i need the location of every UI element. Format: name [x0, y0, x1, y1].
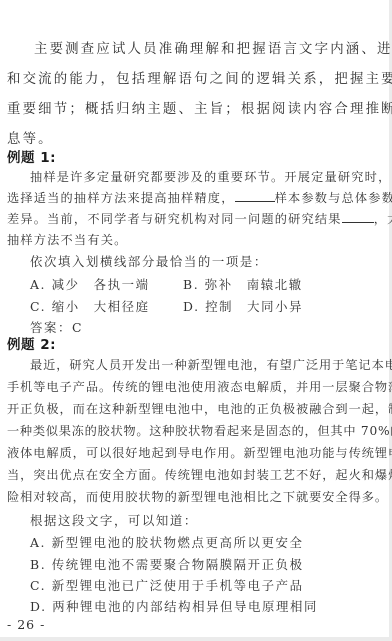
example2-passage-line: 最近，研究人员开发出一种新型锂电池，有望广泛用于笔记本电脑、 — [30, 356, 392, 373]
example1-heading: 例题 1: — [7, 146, 56, 166]
example1-option-a: A. 减少 各执一端 — [30, 275, 150, 293]
example1-question: 依次填入划横线部分最恰当的一项是： — [30, 252, 268, 270]
example2-passage-line: 液体电解质，可以很好地起到导电作用。新型锂电池功能与传统锂电池相 — [7, 444, 387, 461]
example1-passage-line: 选择适当的抽样方法来提高抽样精度，样本参数与总体参数之间的 — [7, 189, 387, 206]
example1-passage-line: 抽样是许多定量研究都要涉及的重要环节。开展定量研究时，要力求 — [30, 168, 392, 185]
option-text: 减少 各执一端 — [52, 277, 150, 292]
example2-option-b: B. 传统锂电池不需要聚合物隔膜隔开正负极 — [30, 555, 304, 573]
option-text: 缩小 大相径庭 — [52, 299, 150, 314]
example2-heading: 例题 2: — [7, 333, 56, 353]
example1-passage-text: 选择适当的抽样方法来提高抽样精度， — [7, 191, 235, 205]
option-text: 新型锂电池的胶状物燃点更高所以更安全 — [52, 535, 304, 550]
example1-passage-text: 样本参数与总体参数之间的 — [275, 191, 392, 205]
example1-passage-text: ，大多与 — [374, 212, 392, 226]
example1-passage-text: 差异。当前，不同学者与研究机构对同一问题的研究结果 — [7, 212, 342, 226]
option-label: B. — [30, 557, 46, 572]
example1-option-b: B. 弥补 南辕北辙 — [183, 275, 303, 293]
example2-passage-line: 险相对较高，而使用胶状物的新型锂电池相比之下就要安全得多。 — [7, 488, 387, 505]
intro-line: 息等。 — [7, 128, 387, 147]
option-label: B. — [183, 277, 199, 292]
option-text: 两种锂电池的内部结构相异但导电原理相同 — [52, 599, 318, 614]
example1-passage-line: 差异。当前，不同学者与研究机构对同一问题的研究结果，大多与 — [7, 210, 387, 227]
example2-passage-line: 手机等电子产品。传统的锂电池使用液态电解质，并用一层聚合物薄膜隔 — [7, 378, 387, 395]
option-label: D. — [183, 299, 200, 314]
example1-passage-line: 抽样方法不当有关。 — [7, 231, 387, 248]
page-number: - 26 - — [7, 617, 45, 632]
intro-line: 重要细节；概括归纳主题、主旨；根据阅读内容合理推断隐含信 — [7, 98, 387, 117]
example2-passage-line: 开正负极，而在这种新型锂电池中，电池的正负极被融合到一起，制作出 — [7, 400, 387, 417]
fill-blank-2 — [342, 212, 374, 223]
example2-question: 根据这段文字，可以知道： — [30, 511, 198, 529]
example2-option-c: C. 新型锂电池已广泛使用于手机等电子产品 — [30, 576, 304, 594]
example2-option-d: D. 两种锂电池的内部结构相异但导电原理相同 — [30, 597, 318, 615]
intro-line: 主要测查应试人员准确理解和把握语言文字内涵、进行思考 — [34, 38, 392, 57]
option-text: 弥补 南辕北辙 — [205, 277, 303, 292]
option-text: 控制 大同小异 — [205, 299, 303, 314]
example1-option-c: C. 缩小 大相径庭 — [30, 297, 150, 315]
option-label: A. — [30, 535, 46, 550]
example2-passage-line: 当，突出优点在安全方面。传统锂电池如封装工艺不好，起火和爆炸的风 — [7, 466, 387, 483]
option-label: D. — [30, 599, 47, 614]
option-label: A. — [30, 277, 46, 292]
example2-passage-line: 一种类似果冻的胶状物。这种胶状物看起来是固态的，但其中 70%的成分是 — [7, 422, 387, 439]
option-text: 传统锂电池不需要聚合物隔膜隔开正负极 — [52, 557, 304, 572]
document-page: 主要测查应试人员准确理解和把握语言文字内涵、进行思考 和交流的能力，包括理解语句… — [0, 0, 389, 637]
fill-blank-1 — [235, 191, 275, 202]
option-label: C. — [30, 578, 46, 593]
example2-option-a: A. 新型锂电池的胶状物燃点更高所以更安全 — [30, 533, 303, 551]
example1-option-d: D. 控制 大同小异 — [183, 297, 303, 315]
option-text: 新型锂电池已广泛使用于手机等电子产品 — [52, 578, 304, 593]
intro-line: 和交流的能力，包括理解语句之间的逻辑关系，把握主要信息及 — [7, 68, 387, 87]
option-label: C. — [30, 299, 46, 314]
